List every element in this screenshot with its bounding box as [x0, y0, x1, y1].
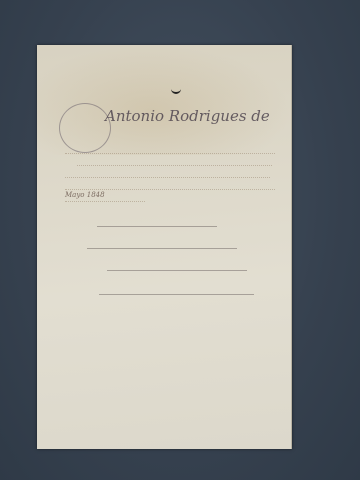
historical-document: Antonio Rodrigues de Mayo 1848 [37, 45, 292, 449]
document-heading: Antonio Rodrigues de [105, 107, 270, 125]
signature-4 [99, 281, 254, 295]
signature-3 [107, 257, 247, 271]
body-line-3 [65, 167, 270, 178]
body-line-4 [65, 179, 275, 190]
signature-1 [97, 213, 217, 227]
date-line: Mayo 1848 [65, 191, 145, 202]
body-line-2 [77, 155, 272, 166]
signature-2 [87, 235, 237, 249]
body-line-1 [65, 143, 275, 154]
